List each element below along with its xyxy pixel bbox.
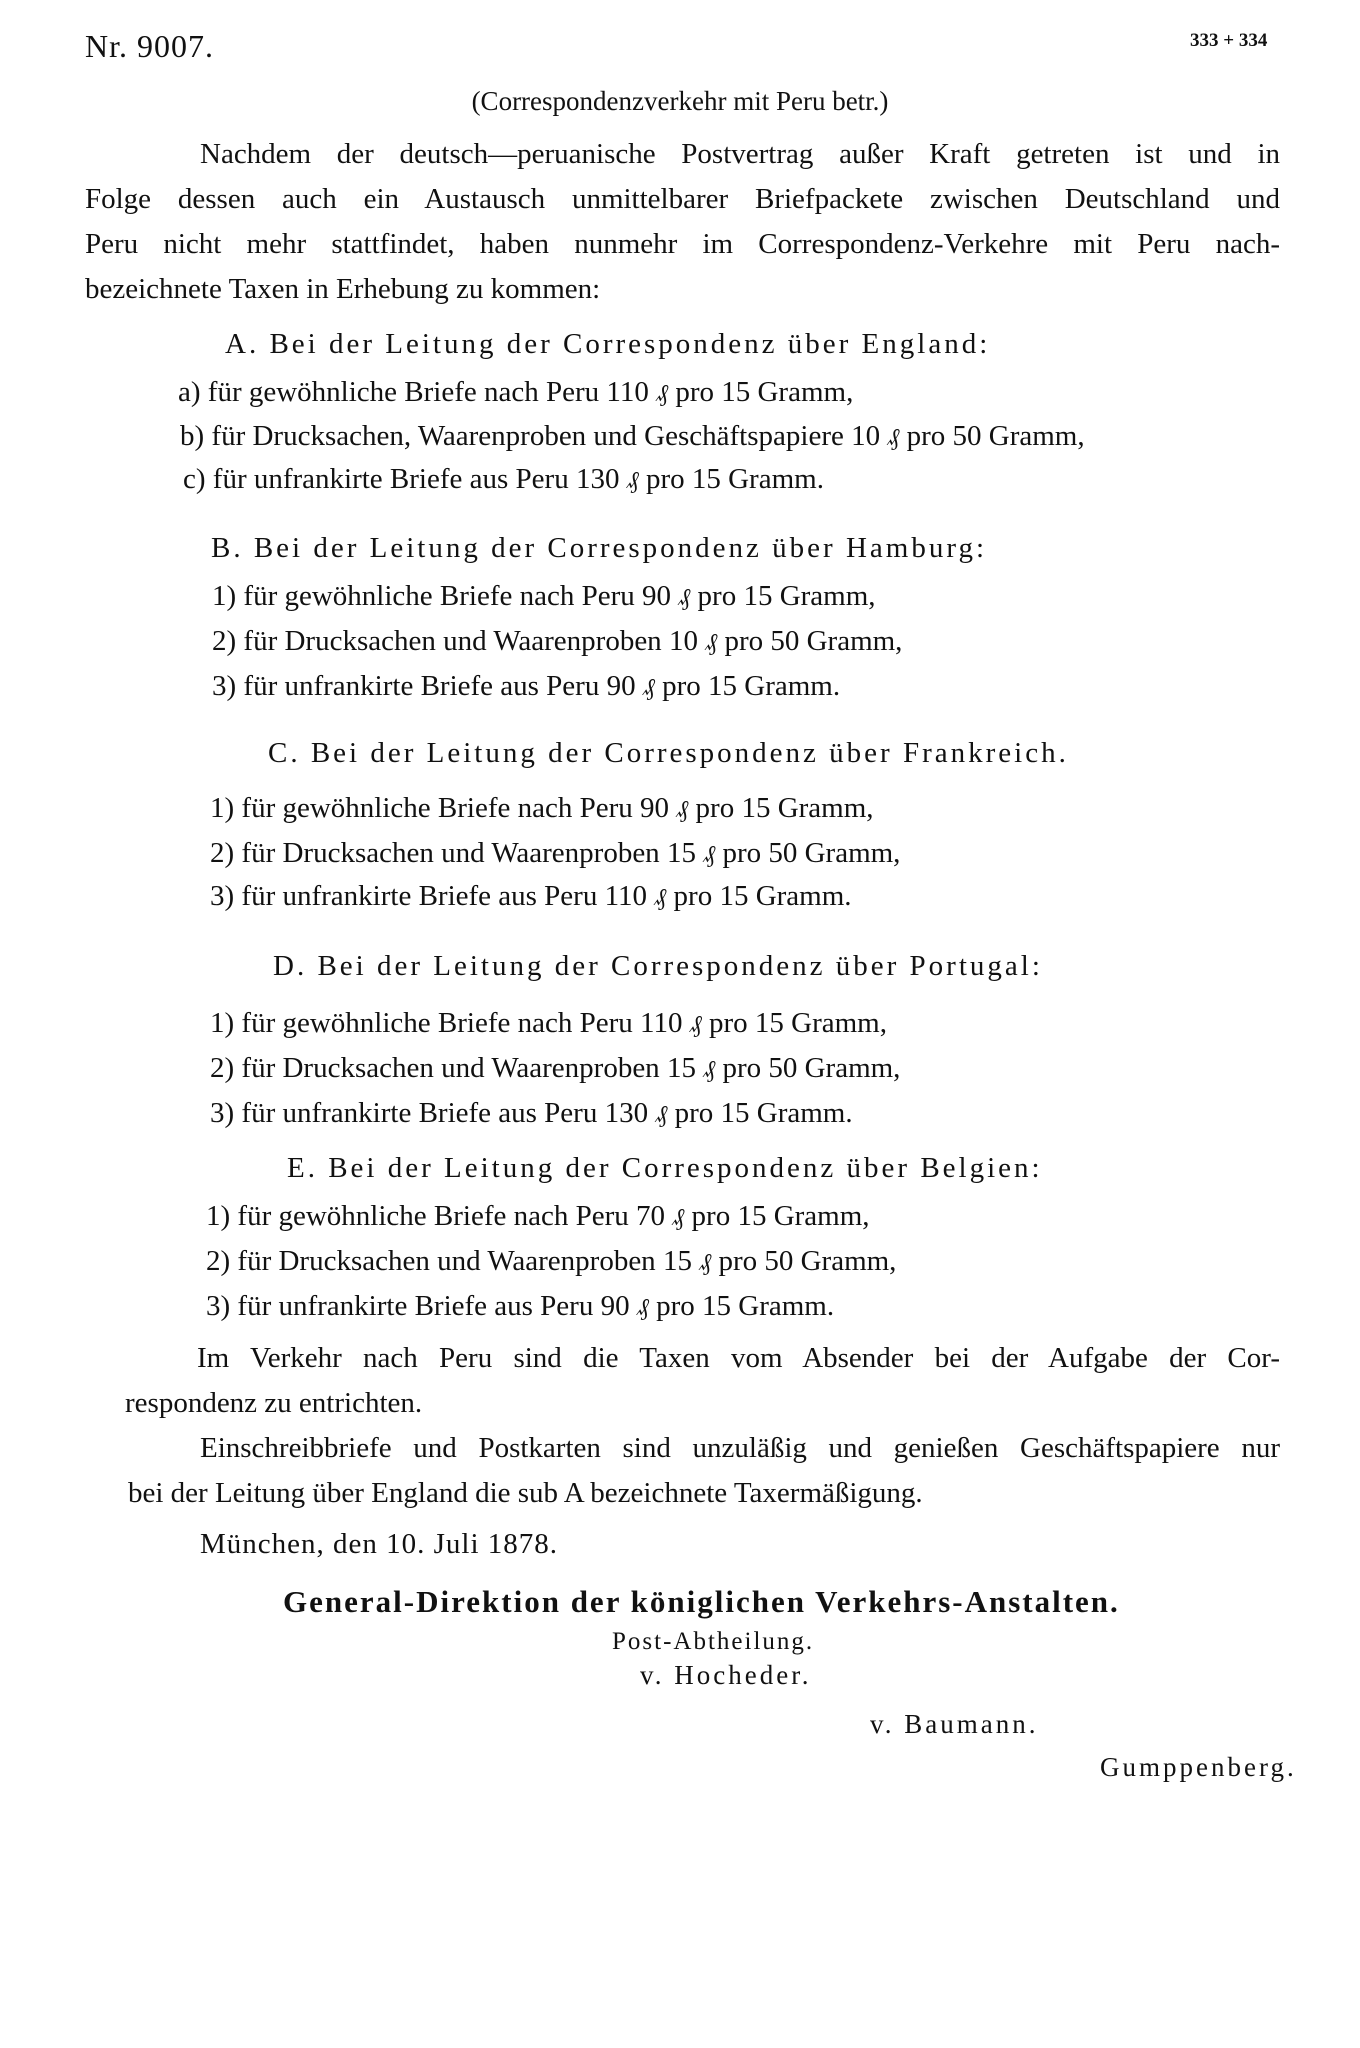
rate-item: 3) für unfrankirte Briefe aus Peru 90 ₰ … [206, 1290, 834, 1323]
item-rate: 130 [576, 463, 620, 495]
rate-item: 1) für gewöhnliche Briefe nach Peru 70 ₰… [206, 1200, 870, 1233]
item-per: pro 15 Gramm. [675, 1097, 853, 1129]
item-per: pro 15 Gramm, [709, 1007, 887, 1039]
pfennig-symbol-icon: ₰ [703, 842, 715, 868]
pfennig-symbol-icon: ₰ [627, 468, 639, 494]
issuing-authority: General-Direktion der königlichen Verkeh… [283, 1584, 1120, 1620]
rate-item: 1) für gewöhnliche Briefe nach Peru 90 ₰… [212, 580, 876, 613]
item-per: pro 50 Gramm, [724, 625, 902, 657]
item-rate: 110 [640, 1007, 682, 1039]
section-heading-b: B. Bei der Leitung der Correspondenz übe… [211, 532, 987, 565]
item-text: für Drucksachen und Waarenproben [243, 625, 661, 657]
item-rate: 10 [669, 625, 698, 657]
rate-item: 2) für Drucksachen und Waarenproben 15 ₰… [210, 1052, 900, 1085]
signatory-gumppenberg: Gumppenberg. [1100, 1752, 1297, 1783]
place-date: München, den 10. Juli 1878. [200, 1528, 558, 1561]
item-per: pro 15 Gramm, [698, 580, 876, 612]
pfennig-symbol-icon: ₰ [655, 1102, 667, 1128]
document-subtitle: (Correspondenzverkehr mit Peru betr.) [0, 86, 1360, 117]
pfennig-symbol-icon: ₰ [703, 1057, 715, 1083]
item-marker: c) [183, 463, 206, 495]
pfennig-symbol-icon: ₰ [654, 885, 666, 911]
pfennig-symbol-icon: ₰ [705, 630, 717, 656]
item-per: pro 15 Gramm, [675, 376, 853, 408]
item-rate: 15 [667, 1052, 696, 1084]
rate-item: 2) für Drucksachen und Waarenproben 10 ₰… [212, 625, 902, 658]
rate-item: c) für unfrankirte Briefe aus Peru 130 ₰… [183, 463, 824, 496]
item-rate: 15 [663, 1245, 692, 1277]
item-marker: 1) [210, 1007, 234, 1039]
item-per: pro 50 Gramm, [907, 420, 1085, 452]
item-per: pro 15 Gramm, [696, 792, 874, 824]
rate-item: a) für gewöhnliche Briefe nach Peru 110 … [178, 376, 853, 409]
item-rate: 70 [636, 1200, 665, 1232]
pfennig-symbol-icon: ₰ [887, 425, 899, 451]
item-rate: 110 [606, 376, 648, 408]
rate-item: 3) für unfrankirte Briefe aus Peru 90 ₰ … [212, 670, 840, 703]
section-heading-d: D. Bei der Leitung der Correspondenz übe… [273, 950, 1043, 983]
item-marker: 3) [206, 1290, 230, 1322]
item-rate: 130 [605, 1097, 649, 1129]
item-per: pro 15 Gramm, [692, 1200, 870, 1232]
item-rate: 90 [640, 792, 669, 824]
item-rate: 15 [667, 837, 696, 869]
item-text: für gewöhnliche Briefe nach Peru [208, 376, 599, 408]
item-text: für unfrankirte Briefe aus Peru [241, 880, 597, 912]
item-per: pro 50 Gramm, [722, 837, 900, 869]
item-marker: b) [180, 420, 204, 452]
item-marker: 3) [210, 1097, 234, 1129]
section-heading-e: E. Bei der Leitung der Correspondenz übe… [287, 1152, 1043, 1185]
item-marker: 3) [212, 670, 236, 702]
item-per: pro 50 Gramm, [722, 1052, 900, 1084]
pfennig-symbol-icon: ₰ [656, 381, 668, 407]
pfennig-symbol-icon: ₰ [699, 1250, 711, 1276]
rate-item: 1) für gewöhnliche Briefe nach Peru 110 … [210, 1007, 887, 1040]
rate-item: 3) für unfrankirte Briefe aus Peru 110 ₰… [210, 880, 852, 913]
rate-item: 2) für Drucksachen und Waarenproben 15 ₰… [206, 1245, 896, 1278]
item-text: für gewöhnliche Briefe nach Peru [237, 1200, 628, 1232]
note-paragraph: Im Verkehr nach Peru sind die Taxen vom … [125, 1336, 1280, 1426]
item-text: für gewöhnliche Briefe nach Peru [241, 792, 632, 824]
pfennig-symbol-icon: ₰ [672, 1205, 684, 1231]
item-per: pro 15 Gramm. [656, 1290, 834, 1322]
item-marker: 1) [206, 1200, 230, 1232]
item-text: für gewöhnliche Briefe nach Peru [241, 1007, 632, 1039]
pfennig-symbol-icon: ₰ [637, 1295, 649, 1321]
section-heading-c: C. Bei der Leitung der Correspondenz übe… [268, 737, 1069, 770]
rate-item: 3) für unfrankirte Briefe aus Peru 130 ₰… [210, 1097, 853, 1130]
item-per: pro 15 Gramm. [646, 463, 824, 495]
item-text: für unfrankirte Briefe aus Peru [213, 463, 569, 495]
item-marker: 2) [212, 625, 236, 657]
rate-item: 2) für Drucksachen und Waarenproben 15 ₰… [210, 837, 900, 870]
intro-line: bezeichnete Taxen in Erhebung zu kommen: [85, 267, 1280, 312]
rate-item: 1) für gewöhnliche Briefe nach Peru 90 ₰… [210, 792, 874, 825]
department: Post-Abtheilung. [612, 1628, 814, 1656]
document-number: Nr. 9007. [85, 28, 214, 65]
item-rate: 10 [851, 420, 880, 452]
item-rate: 90 [607, 670, 636, 702]
pfennig-symbol-icon: ₰ [678, 585, 690, 611]
intro-line: Nachdem der deutsch—peruanische Postvert… [85, 132, 1280, 177]
note-paragraph: Einschreibbriefe und Postkarten sind unz… [128, 1426, 1280, 1516]
intro-line: Peru nicht mehr stattfindet, haben nunme… [85, 222, 1280, 267]
note-line: respondenz zu entrichten. [125, 1381, 1280, 1426]
pfennig-symbol-icon: ₰ [643, 675, 655, 701]
item-text: für Drucksachen und Waarenproben [241, 837, 659, 869]
pfennig-symbol-icon: ₰ [690, 1012, 702, 1038]
item-per: pro 15 Gramm. [662, 670, 840, 702]
item-text: für unfrankirte Briefe aus Peru [237, 1290, 593, 1322]
item-text: für Drucksachen, Waarenproben und Geschä… [211, 420, 843, 452]
pfennig-symbol-icon: ₰ [676, 797, 688, 823]
note-line: Im Verkehr nach Peru sind die Taxen vom … [125, 1336, 1280, 1381]
item-marker: a) [178, 376, 201, 408]
item-text: für unfrankirte Briefe aus Peru [243, 670, 599, 702]
rate-item: b) für Drucksachen, Waarenproben und Ges… [180, 420, 1085, 453]
item-per: pro 50 Gramm, [718, 1245, 896, 1277]
signatory-hocheder: v. Hocheder. [640, 1660, 811, 1691]
item-marker: 2) [206, 1245, 230, 1277]
item-marker: 1) [212, 580, 236, 612]
item-rate: 90 [642, 580, 671, 612]
item-text: für Drucksachen und Waarenproben [241, 1052, 659, 1084]
item-text: für unfrankirte Briefe aus Peru [241, 1097, 597, 1129]
item-rate: 90 [601, 1290, 630, 1322]
signatory-baumann: v. Baumann. [870, 1709, 1038, 1740]
item-marker: 3) [210, 880, 234, 912]
item-text: für Drucksachen und Waarenproben [237, 1245, 655, 1277]
item-marker: 2) [210, 1052, 234, 1084]
item-marker: 1) [210, 792, 234, 824]
item-per: pro 15 Gramm. [674, 880, 852, 912]
section-heading-a: A. Bei der Leitung der Correspondenz übe… [225, 328, 990, 361]
intro-paragraph: Nachdem der deutsch—peruanische Postvert… [85, 132, 1280, 312]
item-text: für gewöhnliche Briefe nach Peru [243, 580, 634, 612]
note-line: Einschreibbriefe und Postkarten sind unz… [128, 1426, 1280, 1471]
note-line: bei der Leitung über England die sub A b… [128, 1471, 1280, 1516]
item-marker: 2) [210, 837, 234, 869]
item-rate: 110 [605, 880, 647, 912]
intro-line: Folge dessen auch ein Austausch unmittel… [85, 177, 1280, 222]
page-reference: 333 + 334 [1190, 30, 1267, 52]
